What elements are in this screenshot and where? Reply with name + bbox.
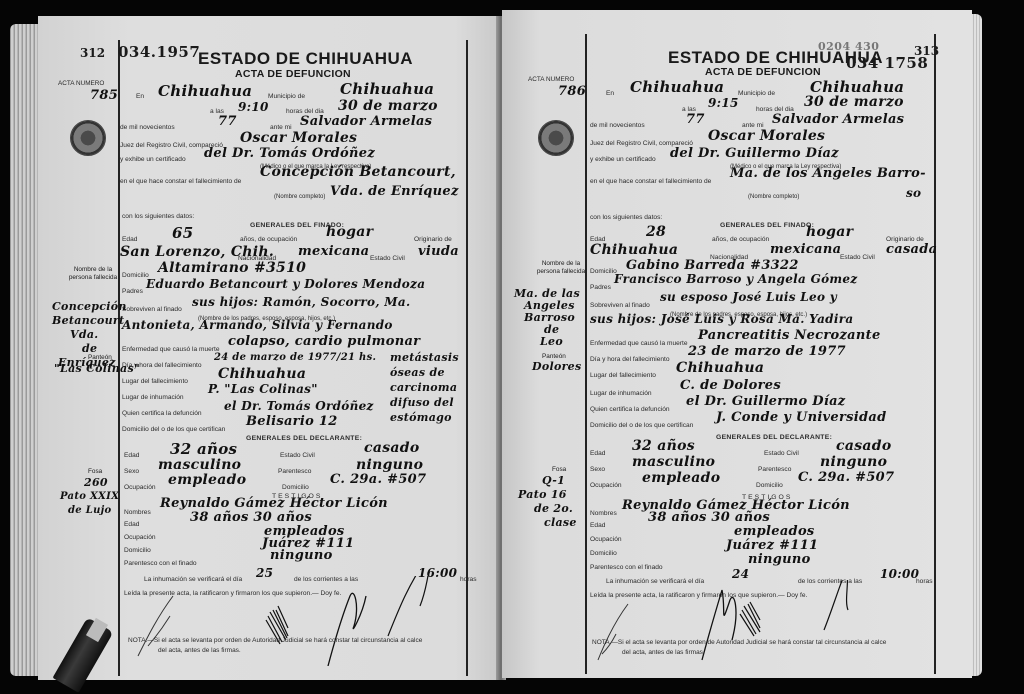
left-page: 312 034.1957 ESTADO DE CHIHUAHUA ACTA DE… [38, 16, 501, 680]
value-lugar-inhumacion: P. "Las Colinas" [208, 382, 318, 396]
cause-line: estómago [390, 410, 459, 425]
margin-line: Pato XXIX [60, 490, 119, 504]
label-decl-parentesco: Parentesco [758, 466, 791, 473]
label-en: En [136, 93, 144, 100]
nota-line-1: NOTA.—Si el acta se levanta por orden de… [592, 638, 936, 648]
value-domicilio-certifica: Belisario 12 [246, 414, 338, 429]
label-municipio: Municipio de [738, 90, 775, 97]
value-decl-sexo: masculino [158, 457, 241, 473]
value-anio: 77 [686, 112, 705, 127]
margin-line: Vda. [52, 328, 127, 342]
value-padres: Francisco Barroso y Angela Gómez [614, 272, 857, 286]
label-test-domicilio: Domicilio [590, 550, 617, 557]
value-hora: 9:15 [708, 96, 739, 110]
label-decl-edad: Edad [124, 452, 139, 459]
value-en: Chihuahua [630, 78, 724, 96]
value-ocupacion: hogar [806, 224, 853, 240]
value-edad: 65 [172, 224, 193, 242]
label-originario: Originario de [414, 236, 452, 243]
margin-fosa-note: Pato XXIX de Lujo [60, 490, 119, 518]
label-mil-novecientos: de mil novecientos [590, 122, 645, 129]
value-enfermedad: Pancreatitis Necrozante [698, 328, 881, 343]
margin-fosa-note: Pato 16 de 2o. clase [518, 488, 577, 530]
cause-detail-note: metástasis óseas de carcinoma difuso del… [390, 350, 459, 425]
value-anio: 77 [218, 114, 237, 129]
margin-nombre-value: Ma. de las Angeles Barroso de Leo [514, 288, 580, 348]
mexico-seal-icon [70, 120, 106, 156]
value-certificado: del Dr. Tomás Ordóñez [204, 146, 375, 161]
label-decl-sexo: Sexo [124, 468, 139, 475]
value-sobreviven-1: sus hijos: Ramón, Socorro, Ma. [192, 295, 410, 309]
label-lugar-fallecimiento: Lugar del fallecimiento [590, 372, 656, 379]
label-padres: Padres [122, 288, 143, 295]
margin-label-nombre: Nombre de la persona fallecida [536, 260, 586, 275]
value-test-ocupacion: empleados [734, 524, 815, 539]
value-test-parentesco: ninguno [270, 548, 333, 563]
label-decl-estado-civil: Estado Civil [280, 452, 315, 459]
acta-numero-label: ACTA NUMERO [528, 76, 574, 83]
margin-line: clase [518, 516, 577, 530]
label-certificado: y exhibe un certificado [590, 156, 656, 163]
value-lugar-fallecimiento: Chihuahua [676, 360, 764, 376]
value-certifica: el Dr. Tomás Ordóñez [224, 399, 374, 413]
cause-line: metástasis [390, 350, 459, 365]
label-edad: Edad [122, 236, 137, 243]
value-dia-hora: 23 de marzo de 1977 [688, 344, 846, 359]
nota-line-2: del acta, antes de las firmas. [128, 646, 468, 656]
value-dia: 30 de marzo [338, 98, 438, 114]
section-generales-declarante: GENERALES DEL DECLARANTE: [246, 435, 362, 442]
label-enfermedad: Enfermedad que causó la muerte [590, 340, 688, 347]
margin-line: Leo [514, 336, 580, 348]
right-page: ESTADO DE CHIHUAHUA ACTA DE DEFUNCION 02… [502, 10, 972, 678]
label-dia-hora: Día y hora del fallecimiento [590, 356, 670, 363]
label-test-nombres: Nombres [590, 510, 617, 517]
label-ocupacion: años, de ocupación [240, 236, 297, 243]
value-en: Chihuahua [158, 82, 252, 100]
label-test-nombres: Nombres [124, 509, 151, 516]
margin-rule [585, 34, 587, 674]
value-decl-domicilio: C. 29a. #507 [798, 470, 894, 485]
label-decl-domicilio: Domicilio [756, 482, 783, 489]
nombre-completo-note: (Nombre completo) [274, 194, 325, 200]
value-test-nombres: Reynaldo Gámez Héctor Licón [160, 496, 388, 511]
value-estado-civil: viuda [418, 244, 459, 259]
margin-label-panteon: Panteón [88, 354, 112, 362]
label-decl-estado-civil: Estado Civil [764, 450, 799, 457]
label-estado-civil: Estado Civil [370, 255, 405, 262]
label-siguientes: con los siguientes datos: [590, 214, 662, 221]
margin-label-fosa: Fosa [552, 466, 566, 474]
value-dia-hora: 24 de marzo de 1977/21 hs. [214, 352, 376, 363]
cause-line: óseas de [390, 365, 459, 380]
label-decl-ocupacion: Ocupación [590, 482, 622, 489]
label-lugar-inhumacion: Lugar de inhumación [122, 394, 184, 401]
label-domicilio: Domicilio [590, 268, 617, 275]
label-sobreviven: Sobreviven al finado [590, 302, 650, 309]
value-decl-ocupacion: empleado [168, 472, 246, 488]
label-lugar-fallecimiento: Lugar del fallecimiento [122, 378, 188, 385]
register-stamp: 034.1957 [118, 43, 200, 61]
acta-numero-label: ACTA NUMERO [58, 80, 104, 87]
value-decl-ocupacion: empleado [642, 470, 720, 486]
margin-line: de Lujo [60, 504, 119, 518]
open-register-book: 312 034.1957 ESTADO DE CHIHUAHUA ACTA DE… [0, 0, 1024, 694]
value-inhumacion-hora: 10:00 [880, 567, 919, 581]
cause-line: difuso del [390, 395, 459, 410]
label-enfermedad: Enfermedad que causó la muerte [122, 346, 220, 353]
value-test-parentesco: ninguno [748, 552, 811, 567]
nombre-completo-note: (Nombre completo) [748, 194, 799, 200]
value-decl-estado-civil: casado [364, 440, 419, 456]
value-certificado: del Dr. Guillermo Díaz [670, 146, 839, 161]
margin-panteon-value: "Las Colinas" [54, 362, 140, 375]
mexico-seal-icon [538, 120, 574, 156]
value-inhumacion-dia: 24 [732, 567, 749, 581]
label-hace-constar: en el que hace constar el fallecimiento … [120, 178, 241, 185]
value-decl-domicilio: C. 29a. #507 [330, 472, 426, 487]
page-subtitle: ACTA DE DEFUNCION [705, 66, 821, 78]
value-enfermedad: colapso, cardio pulmonar [228, 334, 420, 349]
value-ocupacion: hogar [326, 224, 373, 240]
value-sobreviven-2: Antonieta, Armando, Silvia y Fernando [122, 318, 393, 332]
value-originario: Chihuahua [590, 242, 678, 258]
label-decl-parentesco: Parentesco [278, 468, 311, 475]
label-test-edad: Edad [590, 522, 605, 529]
value-comparecio: Oscar Morales [240, 130, 357, 146]
value-estado-civil: casada [886, 242, 937, 257]
margin-line: de 2o. [518, 502, 577, 516]
label-lugar-inhumacion: Lugar de inhumación [590, 390, 652, 397]
label-decl-domicilio: Domicilio [282, 484, 309, 491]
value-fallecido-2: Vda. de Enríquez [330, 184, 459, 199]
margin-line: Concepción [52, 300, 127, 314]
value-decl-parentesco: ninguno [820, 454, 887, 470]
value-fallecido-1: Ma. de los Angeles Barro- [730, 166, 926, 181]
label-municipio: Municipio de [268, 93, 305, 100]
label-decl-ocupacion: Ocupación [124, 484, 156, 491]
value-decl-sexo: masculino [632, 454, 715, 470]
nota-footer: NOTA.—Si el acta se levanta por orden de… [592, 638, 936, 658]
label-mil-novecientos: de mil novecientos [120, 124, 175, 131]
nota-footer: NOTA.—Si el acta se levanta por orden de… [128, 636, 468, 656]
value-municipio: Chihuahua [340, 80, 434, 98]
value-padres: Eduardo Betancourt y Dolores Mendoza [146, 277, 425, 291]
label-test-parentesco: Parentesco con el finado [590, 564, 663, 571]
acta-numero-value: 786 [558, 84, 586, 99]
value-ante-mi: Salvador Armelas [300, 114, 432, 129]
label-sobreviven: Sobreviven al finado [122, 306, 182, 313]
value-nacionalidad: mexicana [770, 242, 841, 257]
label-hace-constar: en el que hace constar el fallecimiento … [590, 178, 711, 185]
value-ante-mi: Salvador Armelas [772, 112, 904, 127]
label-quien-certifica: Quien certifica la defunción [122, 410, 202, 417]
value-test-edad: 38 años 30 años [190, 510, 312, 525]
label-en: En [606, 90, 614, 97]
value-domicilio-certifica: J. Conde y Universidad [716, 410, 887, 425]
label-domicilio-certifican: Domicilio del o de los que certifican [590, 422, 693, 429]
value-decl-parentesco: ninguno [356, 457, 423, 473]
nota-line-1: NOTA.—Si el acta se levanta por orden de… [128, 636, 468, 646]
label-domicilio-certifican: Domicilio del o de los que certifican [122, 426, 225, 433]
value-sobreviven-1: su esposo José Luis Leo y [660, 290, 837, 304]
label-padres: Padres [590, 284, 611, 291]
value-domicilio: Altamirano #3510 [158, 260, 306, 276]
right-rule [934, 34, 936, 674]
value-comparecio: Oscar Morales [708, 128, 825, 144]
label-domicilio: Domicilio [122, 272, 149, 279]
label-siguientes: con los siguientes datos: [122, 213, 194, 220]
label-test-ocupacion: Ocupación [590, 536, 622, 543]
label-decl-sexo: Sexo [590, 466, 605, 473]
margin-label-nombre: Nombre de la persona fallecida [68, 266, 118, 281]
value-hora: 9:10 [238, 100, 269, 114]
value-sobreviven-2: sus hijos: José Luis y Rosa Ma. Yadira [590, 312, 853, 326]
value-decl-edad: 32 años [170, 440, 237, 458]
margin-fosa-value: 260 [84, 476, 108, 489]
margin-line: Pato 16 [518, 488, 577, 502]
value-lugar-fallecimiento: Chihuahua [218, 366, 306, 382]
label-test-edad: Edad [124, 521, 139, 528]
label-test-parentesco: Parentesco con el finado [124, 560, 197, 567]
margin-label-fosa: Fosa [88, 468, 102, 476]
value-decl-estado-civil: casado [836, 438, 891, 454]
label-ocupacion: años, de ocupación [712, 236, 769, 243]
label-test-domicilio: Domicilio [124, 547, 151, 554]
value-test-edad: 38 años 30 años [648, 510, 770, 525]
acta-numero-value: 785 [90, 88, 118, 103]
value-lugar-inhumacion: C. de Dolores [680, 378, 781, 393]
folio-number: 313 [914, 44, 939, 58]
value-fallecido-2: so [906, 186, 921, 200]
margin-fosa-value: Q-1 [542, 474, 565, 487]
label-decl-edad: Edad [590, 450, 605, 457]
page-title: ESTADO DE CHIHUAHUA [198, 49, 413, 69]
value-nacionalidad: mexicana [298, 244, 369, 259]
label-estado-civil: Estado Civil [840, 254, 875, 261]
cause-line: carcinoma [390, 380, 459, 395]
value-fallecido-1: Concepción Betancourt, [260, 164, 456, 180]
value-certifica: el Dr. Guillermo Díaz [686, 394, 845, 409]
section-generales-declarante: GENERALES DEL DECLARANTE: [716, 434, 832, 441]
value-domicilio: Gabino Barreda #3322 [626, 258, 799, 273]
page-subtitle: ACTA DE DEFUNCION [235, 68, 351, 80]
value-test-domicilio: Juárez #111 [726, 538, 818, 553]
label-quien-certifica: Quien certifica la defunción [590, 406, 670, 413]
section-generales-finado: GENERALES DEL FINADO: [720, 222, 814, 229]
margin-line: Betancourt [52, 314, 127, 328]
faded-stamp: 0204 430 [818, 40, 879, 53]
label-certificado: y exhibe un certificado [120, 156, 186, 163]
value-dia: 30 de marzo [804, 94, 904, 110]
margin-panteon-value: Dolores [532, 360, 581, 373]
nota-line-2: del acta, antes de las firmas. [592, 648, 936, 658]
label-test-ocupacion: Ocupación [124, 534, 156, 541]
folio-number: 312 [80, 46, 105, 60]
value-decl-edad: 32 años [632, 438, 695, 454]
value-edad: 28 [646, 224, 666, 240]
